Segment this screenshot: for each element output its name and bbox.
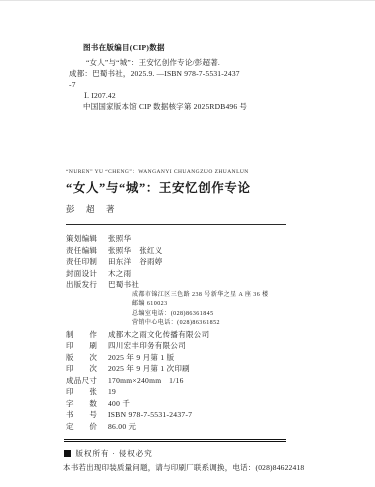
cip-line: 中国国家版本馆 CIP 数据核字第 2025RDB496 号 [69,101,314,112]
colophon-label: 字 数 [66,398,98,410]
colophon-value: 成都木之雨文化传播有限公司 [108,329,209,341]
colophon-row: 责任编辑 张照华 张红义 [66,245,355,257]
colophon-value: 张照华 张红义 [108,245,163,257]
colophon-label: 封面设计 [66,268,98,280]
colophon-row: 书 号 ISBN 978-7-5531-2437-7 [66,409,355,421]
colophon-row: 成品尺寸 170mm×240mm 1/16 [66,375,355,387]
colophon-value: 2025 年 9 月第 1 次印刷 [108,363,190,375]
colophon-row: 印 张 19 [66,386,355,398]
colophon-label: 印 次 [66,363,98,375]
cip-heading: 图书在版编目(CIP)数据 [83,42,314,53]
colophon-value: 木之雨 [108,268,131,280]
cip-line: “女人”与“城”：王安忆创作专论/彭超著. [69,57,314,68]
colophon-label: 制 作 [66,329,98,341]
book-author: 彭 超 著 [66,203,355,215]
copyright-line: 版权所有 · 侵权必究 [64,448,355,459]
colophon-row: 责任印制 田东洋 谷雨婷 [66,256,355,268]
colophon-row: 封面设计 木之雨 [66,268,355,280]
cip-block: 图书在版编目(CIP)数据 “女人”与“城”：王安忆创作专论/彭超著. 成都：巴… [69,42,314,112]
colophon-label: 出版发行 [66,279,98,291]
colophon-value: 86.00 元 [108,421,136,433]
publisher-phone-editorial: 总编室电话：(028)86361845 [132,310,355,320]
book-copyright-page: 图书在版编目(CIP)数据 “女人”与“城”：王安忆创作专论/彭超著. 成都：巴… [0,0,375,487]
colophon-block: 策划编辑 张照华 责任编辑 张照华 张红义 责任印制 田东洋 谷雨婷 封面设计 … [66,233,355,432]
colophon-value: 2025 年 9 月第 1 版 [108,352,174,364]
colophon-row: 版 次 2025 年 9 月第 1 版 [66,352,355,364]
quality-note: 本书若出现印装质量问题，请与印刷厂联系调换，电话：(028)84622418 [63,462,355,473]
colophon-row: 策划编辑 张照华 [66,233,355,245]
colophon-value: 170mm×240mm 1/16 [108,375,184,387]
colophon-row: 印 次 2025 年 9 月第 1 次印刷 [66,363,355,375]
colophon-value: 巴蜀书社 [108,279,139,291]
colophon-label: 定 价 [66,421,98,433]
colophon-label: 印 张 [66,386,98,398]
page-content: 图书在版编目(CIP)数据 “女人”与“城”：王安忆创作专论/彭超著. 成都：巴… [0,1,375,473]
colophon-row: 定 价 86.00 元 [66,421,355,433]
colophon-row: 印 刷 四川宏丰印务有限公司 [66,340,355,352]
book-pinyin: “NUREN” YU “CHENG”：WANGANYI CHUANGZUO ZH… [66,167,355,175]
footer-divider [64,439,286,442]
publisher-postcode: 邮编 610023 [132,300,355,310]
colophon-value: 400 千 [108,398,130,410]
colophon-row: 字 数 400 千 [66,398,355,410]
colophon-row: 出版发行 巴蜀书社 [66,279,355,291]
title-divider [66,224,286,225]
black-square-icon [64,450,71,457]
colophon-label: 书 号 [66,409,98,421]
colophon-label: 策划编辑 [66,233,98,245]
cip-line: -7 [69,79,314,90]
colophon-label: 责任印制 [66,256,98,268]
colophon-label: 责任编辑 [66,245,98,257]
colophon-value: 19 [108,386,116,398]
colophon-label: 成品尺寸 [66,375,98,387]
colophon-label: 印 刷 [66,340,98,352]
publisher-address: 成都市锦江区三色路 238 号新华之星 A 座 36 楼 [132,291,355,301]
colophon-value: 田东洋 谷雨婷 [108,256,163,268]
title-block: “NUREN” YU “CHENG”：WANGANYI CHUANGZUO ZH… [66,167,355,225]
cip-line: Ⅰ. I207.42 [69,90,314,101]
colophon-value: ISBN 978-7-5531-2437-7 [108,409,192,421]
footer-block: 版权所有 · 侵权必究 本书若出现印装质量问题，请与印刷厂联系调换，电话：(02… [66,439,355,473]
colophon-label: 版 次 [66,352,98,364]
colophon-row: 制 作 成都木之雨文化传播有限公司 [66,329,355,341]
copyright-notice: 版权所有 · 侵权必究 [76,448,153,459]
colophon-value: 四川宏丰印务有限公司 [108,340,186,352]
book-title: “女人”与“城”：王安忆创作专论 [66,178,355,196]
colophon-value: 张照华 [108,233,131,245]
cip-line: 成都：巴蜀书社，2025.9. —ISBN 978-7-5531-2437 [69,68,314,79]
publisher-phone-marketing: 营销中心电话：(028)86361852 [132,319,355,329]
